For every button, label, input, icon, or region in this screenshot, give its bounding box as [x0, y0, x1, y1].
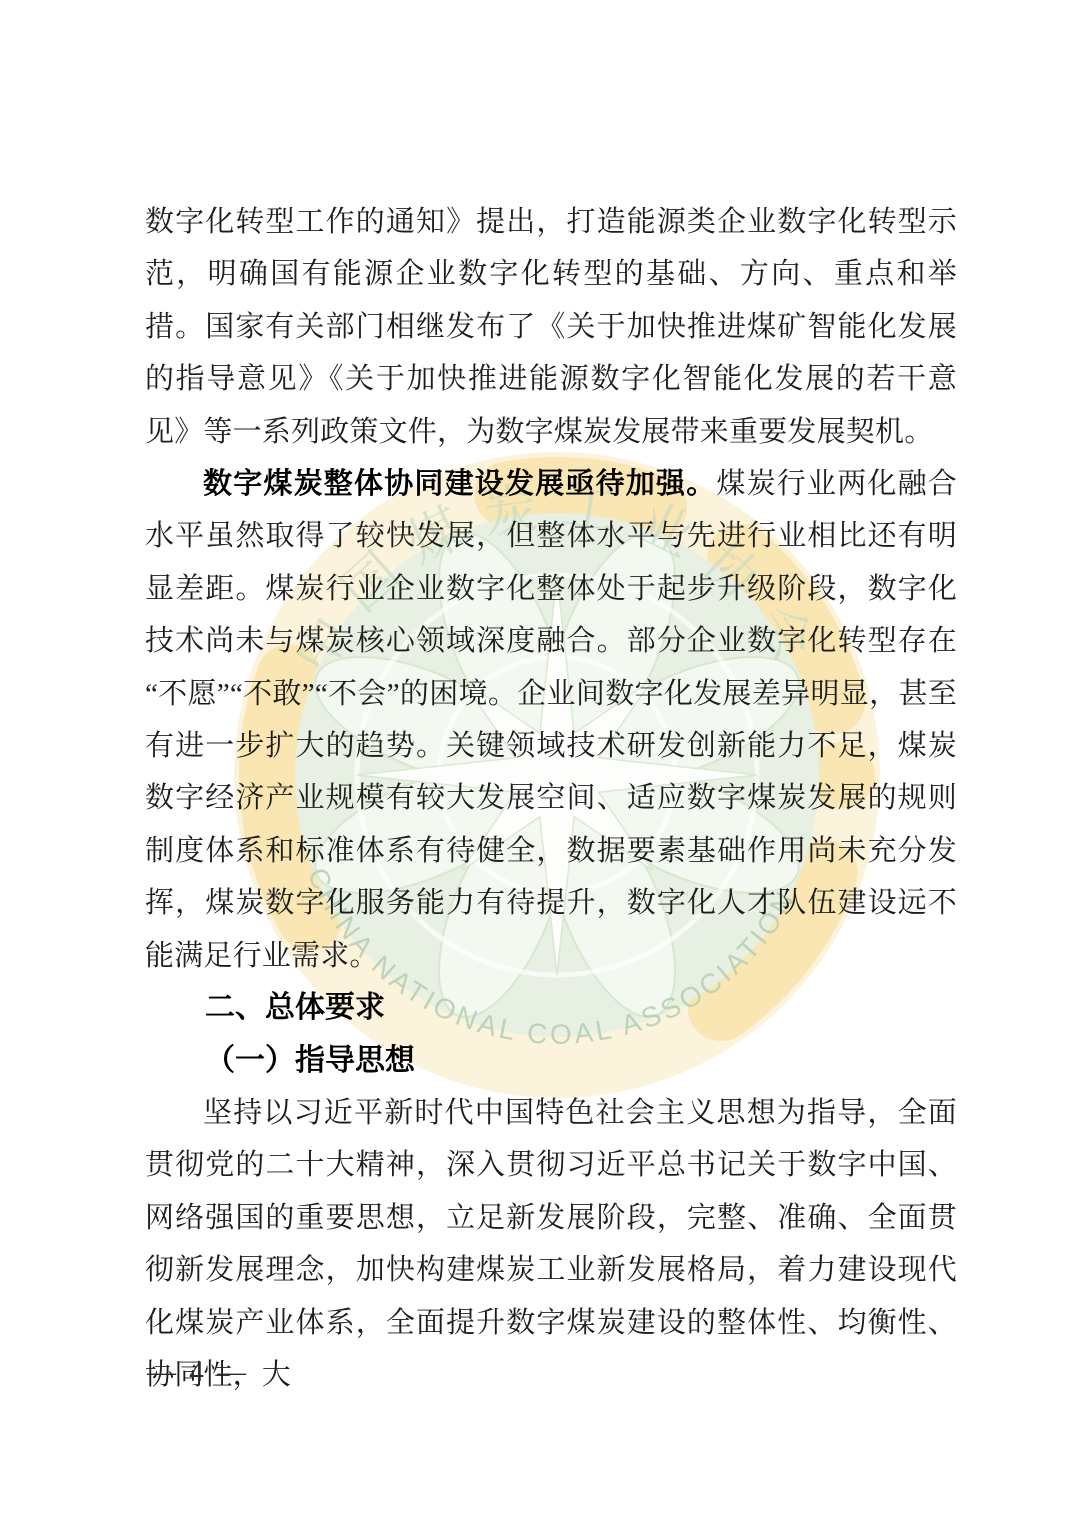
body-paragraph: 坚持以习近平新时代中国特色社会主义思想为指导，全面贯彻党的二十大精神，深入贯彻习… — [145, 1087, 957, 1401]
document-body: 数字化转型工作的通知》提出，打造能源类企业数字化转型示范，明确国有能源企业数字化… — [145, 196, 957, 1401]
page-footer: — 4 — — [147, 1352, 249, 1392]
body-paragraph-continuation: 数字化转型工作的通知》提出，打造能源类企业数字化转型示范，明确国有能源企业数字化… — [145, 196, 957, 458]
bold-lead-sentence: 数字煤炭整体协同建设发展亟待加强。 — [203, 468, 716, 500]
paragraph-text: 煤炭行业两化融合水平虽然取得了较快发展，但整体水平与先进行业相比还有明显差距。煤… — [145, 468, 957, 972]
section-heading: 二、总体要求 — [145, 982, 957, 1034]
body-paragraph: 数字煤炭整体协同建设发展亟待加强。煤炭行业两化融合水平虽然取得了较快发展，但整体… — [145, 458, 957, 982]
document-page: { "page": { "number_label": "— 4 —" }, "… — [0, 0, 1080, 1527]
page-number: — 4 — — [147, 1356, 249, 1388]
subsection-heading: （一）指导思想 — [145, 1035, 957, 1087]
